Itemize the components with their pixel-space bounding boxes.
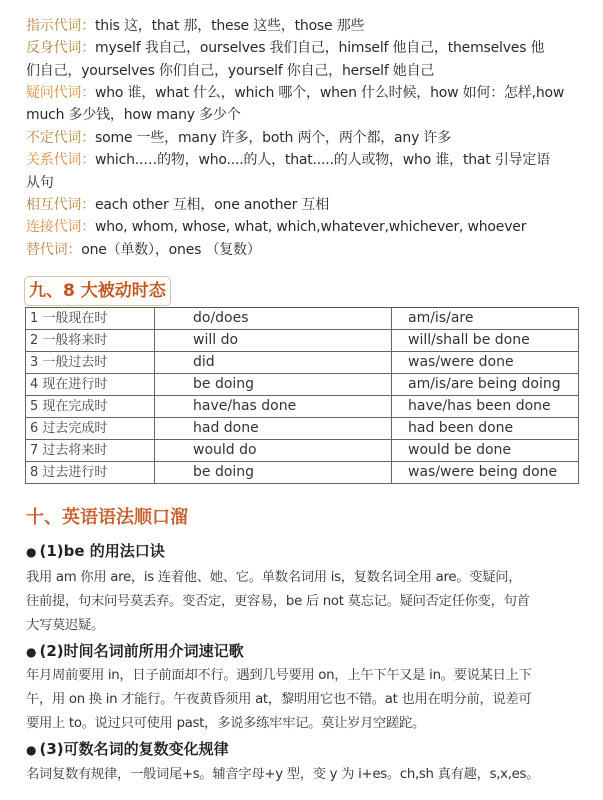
tense-name: 4 现在进行时 — [26, 374, 155, 396]
pronoun-text: this 这，that 那，these 这些，those 那些 — [95, 18, 364, 34]
passive-form: am/is/are being doing — [392, 374, 579, 396]
active-form: be doing — [155, 374, 392, 396]
passive-tense-table: 1 一般现在时 do/does am/is/are 2 一般将来时 will d… — [25, 307, 579, 484]
pronoun-label: 关系代词： — [26, 152, 95, 168]
pronoun-label: 反身代词： — [26, 40, 95, 56]
pronoun-indefinite: 不定代词：some 一些，many 许多，both 两个，两个都，any 许多 — [26, 127, 585, 149]
paragraph-line: 午，用 on 换 in 才能行。午夜黄昏须用 at，黎明用它也不错。at 也用在… — [26, 688, 586, 712]
section-title-passive-tenses: 九、8 大被动时态 — [24, 276, 171, 306]
pronoun-text: which..…的物，who....的人，that.....的人或物，who 谁… — [95, 152, 550, 168]
pronoun-label: 不定代词： — [26, 130, 95, 146]
pronoun-reciprocal: 相互代词：each other 互相，one another 互相 — [26, 194, 585, 216]
pronoun-interrogative-cont: much 多少钱，how many 多少个 — [26, 104, 585, 126]
paragraph-time-prepositions: 年月周前要用 in，日子前面却不行。遇到几号要用 on，上午下午又是 in。要说… — [26, 664, 586, 736]
pronoun-text: each other 互相，one another 互相 — [95, 197, 329, 213]
paragraph-line: 大写莫迟疑。 — [26, 614, 586, 638]
pronoun-conjunctive: 连接代词：who, whom, whose, what, which,whate… — [26, 216, 585, 238]
pronoun-reflexive-cont: 们自己，yourselves 你们自己，yourself 你自己，herself… — [26, 60, 585, 82]
pronoun-text: who, whom, whose, what, which,whatever,w… — [95, 219, 526, 235]
tense-name: 3 一般过去时 — [26, 352, 155, 374]
pronoun-label: 相互代词： — [26, 197, 95, 213]
table-row: 6 过去完成时 had done had been done — [26, 418, 579, 440]
paragraph-plural-rules: 名词复数有规律，一般词尾+s。辅音字母+y 型，变 y 为 i+es。ch,sh… — [26, 763, 586, 787]
passive-form: would be done — [392, 440, 579, 462]
tense-name: 7 过去将来时 — [26, 440, 155, 462]
pronoun-substitute: 替代词：one（单数），ones （复数） — [26, 239, 585, 261]
bullet-icon: ● — [26, 743, 36, 757]
pronoun-text: some 一些，many 许多，both 两个，两个都，any 许多 — [95, 130, 451, 146]
tense-name: 8 过去进行时 — [26, 462, 155, 484]
paragraph-line: 我用 am 你用 are，is 连着他、她、它。单数名词用 is，复数名词全用 … — [26, 566, 586, 590]
tense-name: 1 一般现在时 — [26, 308, 155, 330]
pronoun-text: one（单数），ones （复数） — [81, 242, 260, 258]
subheading-text: (1)be 的用法口诀 — [39, 542, 164, 560]
active-form: be doing — [155, 462, 392, 484]
pronoun-label: 连接代词： — [26, 219, 95, 235]
pronoun-label: 替代词： — [26, 242, 81, 258]
passive-form: was/were done — [392, 352, 579, 374]
section-title-grammar-rhymes: 十、英语语法顺口溜 — [26, 503, 188, 529]
passive-form: have/has been done — [392, 396, 579, 418]
active-form: did — [155, 352, 392, 374]
table-row: 7 过去将来时 would do would be done — [26, 440, 579, 462]
table-row: 2 一般将来时 will do will/shall be done — [26, 330, 579, 352]
pronoun-text: myself 我自己，ourselves 我们自己，himself 他自己，th… — [95, 40, 544, 56]
subheading-text: (2)时间名词前所用介词速记歌 — [39, 642, 243, 660]
bullet-icon: ● — [26, 545, 36, 559]
passive-form: am/is/are — [392, 308, 579, 330]
tense-name: 5 现在完成时 — [26, 396, 155, 418]
table-row: 8 过去进行时 be doing was/were being done — [26, 462, 579, 484]
table-row: 3 一般过去时 did was/were done — [26, 352, 579, 374]
subheading-be-usage: ●(1)be 的用法口诀 — [26, 540, 165, 561]
tense-name: 6 过去完成时 — [26, 418, 155, 440]
table-row: 5 现在完成时 have/has done have/has been done — [26, 396, 579, 418]
table-row: 4 现在进行时 be doing am/is/are being doing — [26, 374, 579, 396]
paragraph-line: 要用上 to。说过只可使用 past，多说多练牢牢记。莫让岁月空蹉跎。 — [26, 712, 586, 736]
table-row: 1 一般现在时 do/does am/is/are — [26, 308, 579, 330]
active-form: had done — [155, 418, 392, 440]
pronoun-text: who 谁，what 什么，which 哪个，when 什么时候，how 如何：… — [95, 85, 564, 101]
pronoun-interrogative: 疑问代词：who 谁，what 什么，which 哪个，when 什么时候，ho… — [26, 82, 585, 104]
paragraph-line: 名词复数有规律，一般词尾+s。辅音字母+y 型，变 y 为 i+es。ch,sh… — [26, 763, 586, 787]
subheading-time-prepositions: ●(2)时间名词前所用介词速记歌 — [26, 640, 244, 661]
paragraph-line: 往前提，句末问号莫丢弃。变否定，更容易，be 后 not 莫忘记。疑问否定任你变… — [26, 590, 586, 614]
paragraph-be-usage: 我用 am 你用 are，is 连着他、她、它。单数名词用 is，复数名词全用 … — [26, 566, 586, 638]
passive-form: will/shall be done — [392, 330, 579, 352]
pronoun-label: 疑问代词： — [26, 85, 95, 101]
pronoun-relative: 关系代词：which..…的物，who....的人，that.....的人或物，… — [26, 149, 585, 171]
pronoun-reflexive: 反身代词：myself 我自己，ourselves 我们自己，himself 他… — [26, 37, 585, 59]
tense-name: 2 一般将来时 — [26, 330, 155, 352]
active-form: have/has done — [155, 396, 392, 418]
active-form: do/does — [155, 308, 392, 330]
active-form: would do — [155, 440, 392, 462]
passive-form: was/were being done — [392, 462, 579, 484]
subheading-text: (3)可数名词的复数变化规律 — [39, 740, 228, 758]
pronoun-label: 指示代词： — [26, 18, 95, 34]
bullet-icon: ● — [26, 645, 36, 659]
passive-form: had been done — [392, 418, 579, 440]
paragraph-line: 年月周前要用 in，日子前面却不行。遇到几号要用 on，上午下午又是 in。要说… — [26, 664, 586, 688]
subheading-plural-rules: ●(3)可数名词的复数变化规律 — [26, 738, 229, 759]
active-form: will do — [155, 330, 392, 352]
pronoun-demonstrative: 指示代词：this 这，that 那，these 这些，those 那些 — [26, 15, 585, 37]
pronoun-relative-cont: 从句 — [26, 172, 585, 194]
